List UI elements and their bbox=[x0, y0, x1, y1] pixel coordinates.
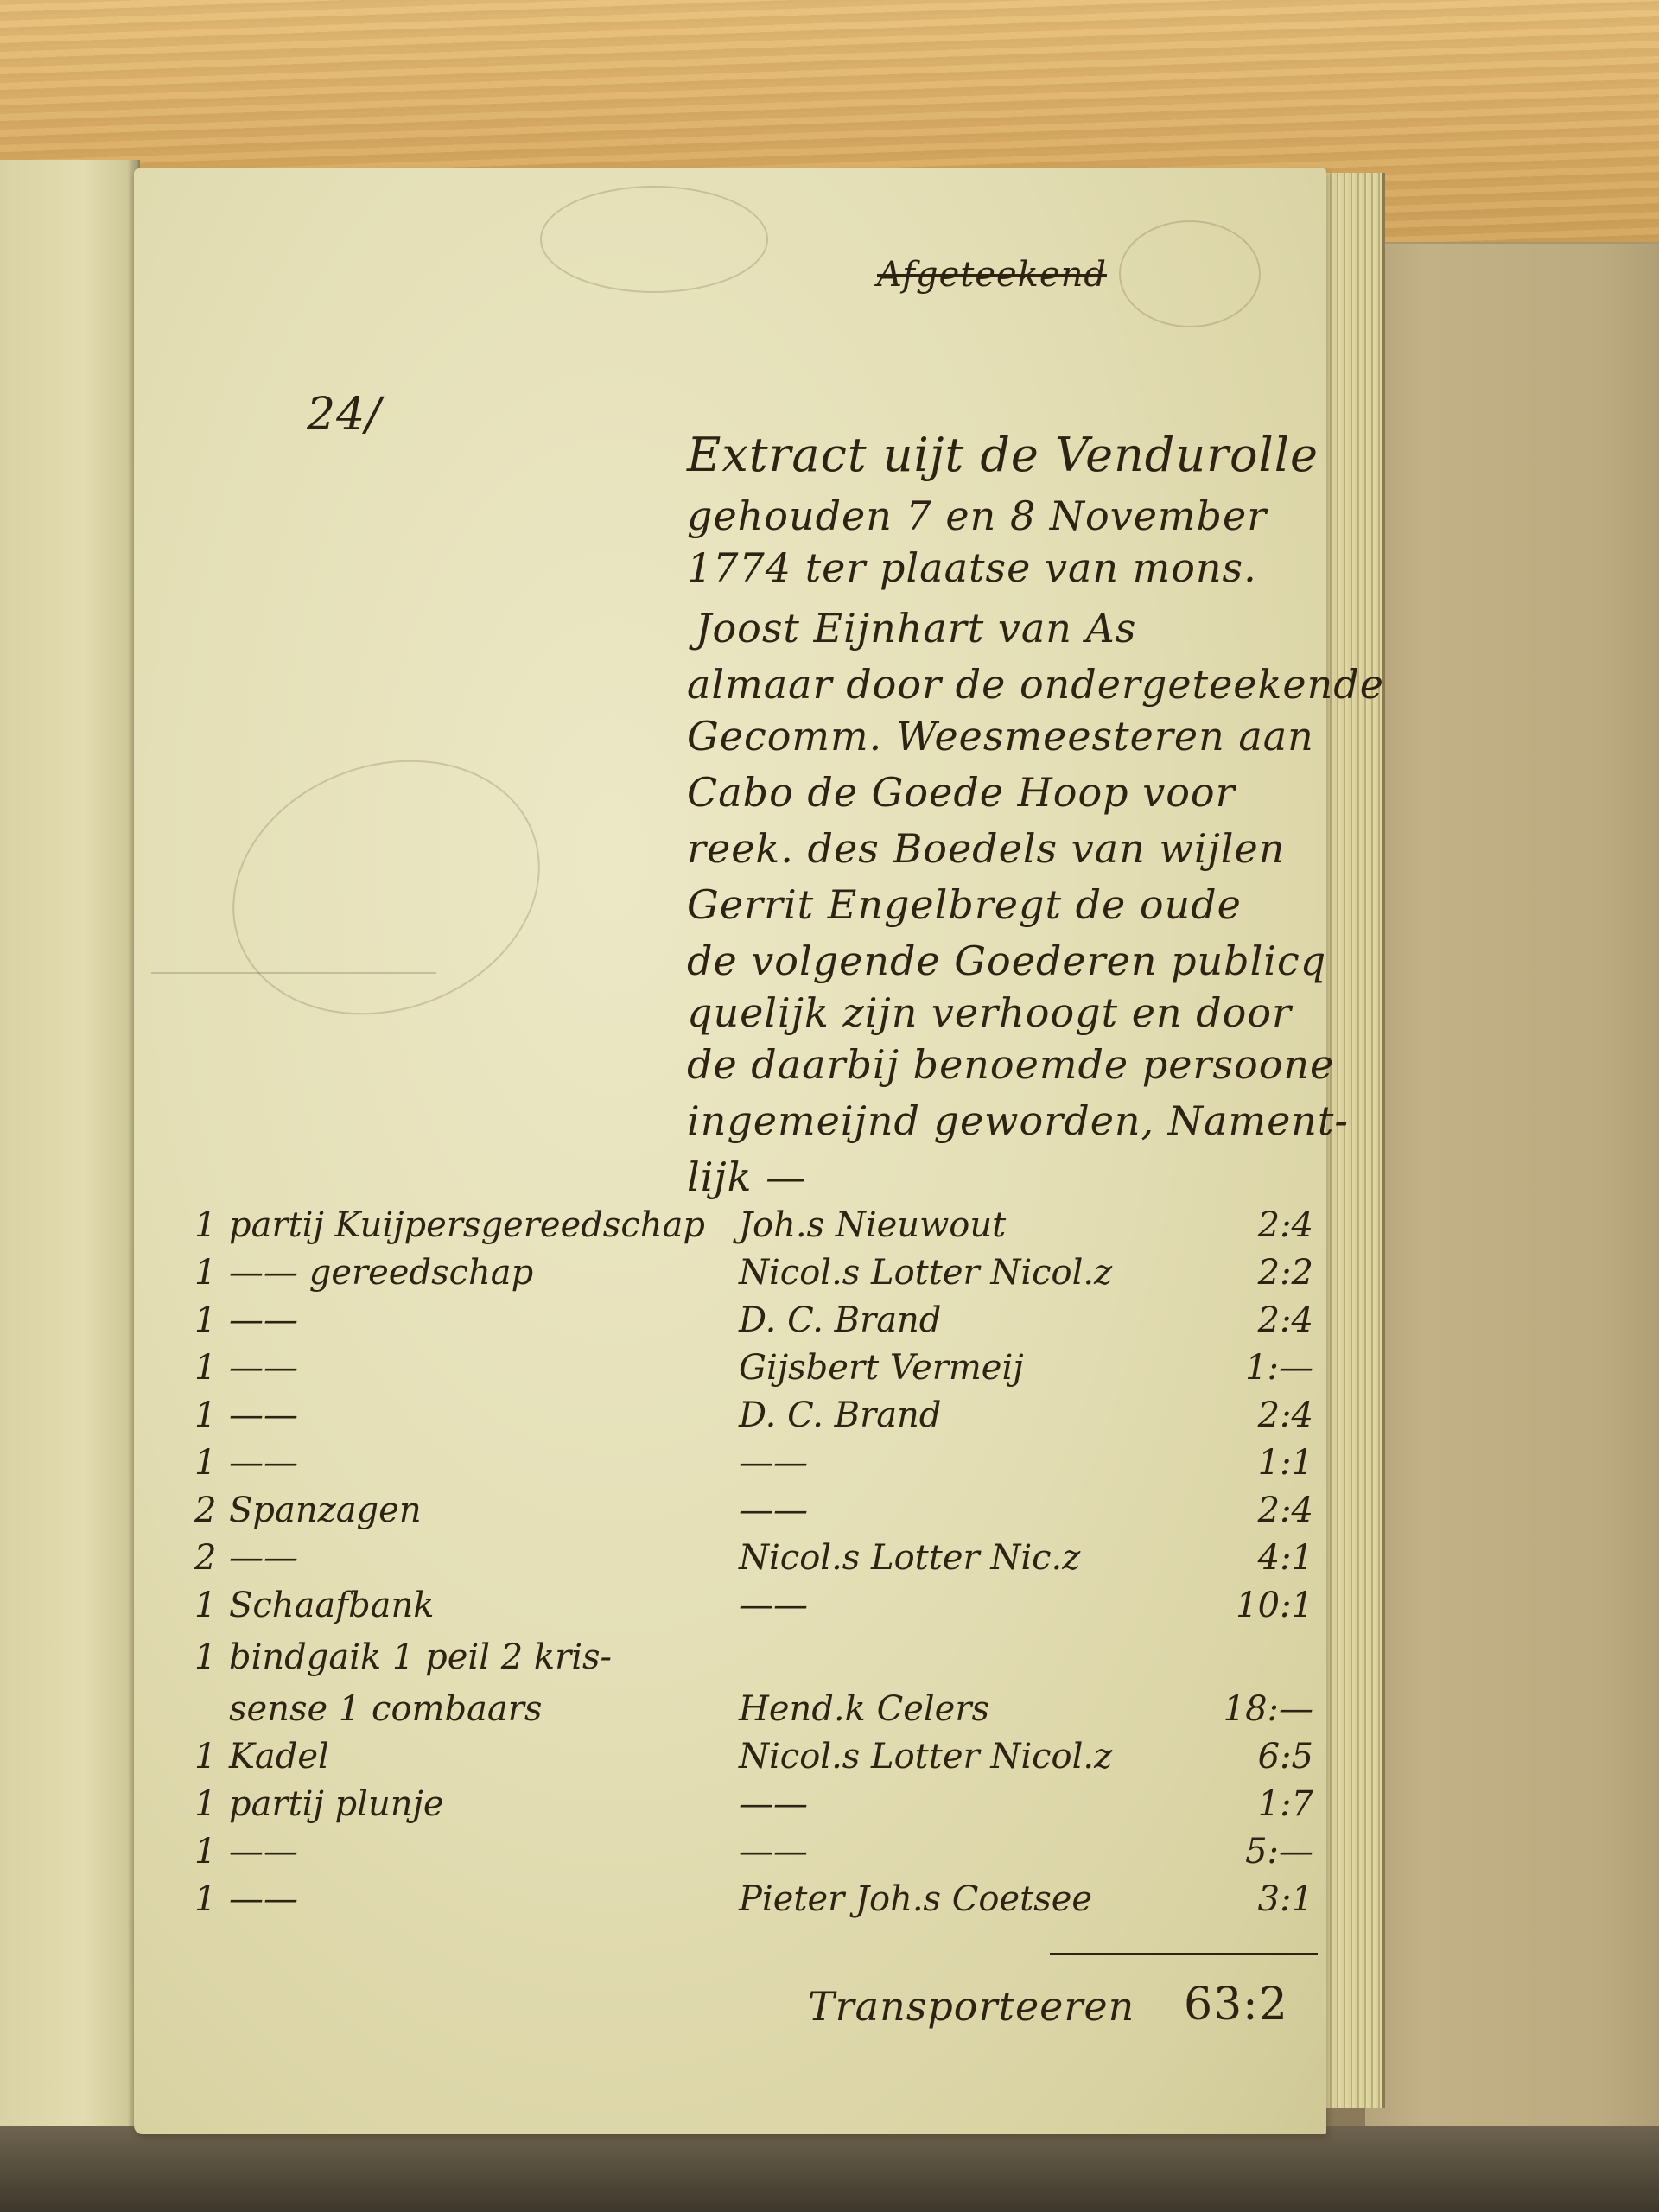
heading-line: lijk — bbox=[687, 1154, 806, 1200]
heading-line: de volgende Goederen publicq bbox=[687, 938, 1326, 984]
entry-row: 1 partij plunje —— 1:7 bbox=[134, 1784, 1326, 1836]
entry-item: —— bbox=[229, 1300, 298, 1340]
entry-buyer: —— bbox=[739, 1784, 808, 1824]
entry-buyer: Nicol.s Lotter Nicol.z bbox=[739, 1737, 1112, 1777]
entry-row: 1 Schaafbank —— 10:1 bbox=[134, 1586, 1326, 1637]
entry-row: 1 —— gereedschap Nicol.s Lotter Nicol.z … bbox=[134, 1253, 1326, 1305]
entry-buyer: —— bbox=[739, 1491, 808, 1530]
entry-item: —— bbox=[229, 1348, 298, 1388]
faint-seal-mark bbox=[1119, 220, 1261, 327]
book-bottom-shadow bbox=[0, 2126, 1659, 2212]
entry-amount: 5:— bbox=[1201, 1832, 1313, 1872]
entry-buyer: Pieter Joh.s Coetsee bbox=[739, 1879, 1092, 1919]
entry-amount: 1:7 bbox=[1201, 1784, 1313, 1824]
entry-buyer: D. C. Brand bbox=[739, 1300, 941, 1340]
entry-qty: 1 bbox=[194, 1253, 216, 1293]
entry-item: partij plunje bbox=[229, 1784, 444, 1824]
entry-amount: 2:4 bbox=[1201, 1491, 1313, 1530]
entry-qty: 1 bbox=[194, 1300, 216, 1340]
heading-line: Gecomm. Weesmeesteren aan bbox=[687, 713, 1314, 760]
entry-item: partij Kuijpersgereedschap bbox=[229, 1205, 705, 1245]
entry-buyer: Gijsbert Vermeij bbox=[739, 1348, 1024, 1388]
entry-qty: 1 bbox=[194, 1395, 216, 1435]
entry-amount: 2:4 bbox=[1201, 1395, 1313, 1435]
entry-row: sense 1 combaars Hend.k Celers 18:— bbox=[134, 1689, 1326, 1741]
heading-line: Cabo de Goede Hoop voor bbox=[687, 769, 1236, 816]
folio-number: 24/ bbox=[307, 389, 382, 441]
entry-amount: 1:— bbox=[1201, 1348, 1313, 1388]
entry-item: —— bbox=[229, 1395, 298, 1435]
entry-qty: 1 bbox=[194, 1879, 216, 1919]
entry-qty: 1 bbox=[194, 1637, 216, 1677]
entry-buyer: Hend.k Celers bbox=[739, 1689, 989, 1729]
faint-signature-mark bbox=[196, 718, 575, 1056]
entry-item: —— bbox=[229, 1879, 298, 1919]
entry-buyer: —— bbox=[739, 1443, 808, 1483]
heading-line: Extract uijt de Vendurolle bbox=[687, 428, 1319, 482]
entry-item: Kadel bbox=[229, 1737, 329, 1777]
total-amount: 63:2 bbox=[1184, 1979, 1288, 2031]
entry-row: 2 Spanzagen —— 2:4 bbox=[134, 1491, 1326, 1542]
entry-row: 2 —— Nicol.s Lotter Nic.z 4:1 bbox=[134, 1538, 1326, 1590]
entry-qty: 1 bbox=[194, 1348, 216, 1388]
entry-item: —— bbox=[229, 1443, 298, 1483]
entry-row: 1 —— Gijsbert Vermeij 1:— bbox=[134, 1348, 1326, 1400]
entry-amount: 18:— bbox=[1201, 1689, 1313, 1729]
book-cover-right bbox=[1365, 242, 1659, 2188]
entry-buyer: Joh.s Nieuwout bbox=[739, 1205, 1006, 1245]
heading-line: gehouden 7 en 8 November bbox=[687, 493, 1267, 539]
entry-row: 1 —— D. C. Brand 2:4 bbox=[134, 1300, 1326, 1352]
document-page: 24/ Afgeteekend Extract uijt de Vendurol… bbox=[134, 168, 1326, 2134]
entry-row: 1 —— Pieter Joh.s Coetsee 3:1 bbox=[134, 1879, 1326, 1931]
entry-row: 1 Kadel Nicol.s Lotter Nicol.z 6:5 bbox=[134, 1737, 1326, 1789]
entry-qty: 2 bbox=[194, 1491, 216, 1530]
heading-line: quelijk zijn verhoogt en door bbox=[687, 989, 1292, 1036]
total-label: Transporteeren bbox=[808, 1983, 1135, 2030]
entry-amount: 2:2 bbox=[1201, 1253, 1313, 1293]
heading-line: reek. des Boedels van wijlen bbox=[687, 825, 1285, 872]
entry-amount: 1:1 bbox=[1201, 1443, 1313, 1483]
faint-rule bbox=[151, 972, 436, 974]
entry-buyer: —— bbox=[739, 1586, 808, 1625]
entry-amount: 6:5 bbox=[1201, 1737, 1313, 1777]
entry-qty: 1 bbox=[194, 1443, 216, 1483]
entry-qty: 1 bbox=[194, 1832, 216, 1872]
entry-row: 1 bindgaik 1 peil 2 kris- bbox=[134, 1637, 1326, 1689]
entry-buyer: Nicol.s Lotter Nicol.z bbox=[739, 1253, 1112, 1293]
faint-seal-mark bbox=[540, 186, 768, 293]
heading-line: Joost Eijnhart van As bbox=[696, 605, 1136, 652]
entry-qty: 1 bbox=[194, 1784, 216, 1824]
total-rule bbox=[1050, 1953, 1318, 1955]
entry-qty: 1 bbox=[194, 1586, 216, 1625]
entry-item: Spanzagen bbox=[229, 1491, 422, 1530]
heading-line: 1774 ter plaatse van mons. bbox=[687, 544, 1257, 591]
entry-qty: 1 bbox=[194, 1737, 216, 1777]
heading-line: almaar door de ondergeteekende bbox=[687, 661, 1384, 708]
entry-buyer: D. C. Brand bbox=[739, 1395, 941, 1435]
entry-item: —— bbox=[229, 1538, 298, 1578]
entry-buyer: Nicol.s Lotter Nic.z bbox=[739, 1538, 1080, 1578]
entry-row: 1 —— —— 5:— bbox=[134, 1832, 1326, 1884]
entry-row: 1 —— —— 1:1 bbox=[134, 1443, 1326, 1495]
heading-line: ingemeijnd geworden, Nament- bbox=[687, 1097, 1349, 1144]
entry-row: 1 —— D. C. Brand 2:4 bbox=[134, 1395, 1326, 1447]
top-annotation: Afgeteekend bbox=[877, 255, 1107, 295]
heading-line: de daarbij benoemde persoone bbox=[687, 1041, 1334, 1088]
entry-amount: 2:4 bbox=[1201, 1205, 1313, 1245]
entry-item: bindgaik 1 peil 2 kris- bbox=[229, 1637, 612, 1677]
entry-amount: 3:1 bbox=[1201, 1879, 1313, 1919]
previous-page-edge bbox=[0, 160, 140, 2139]
entry-item: —— gereedschap bbox=[229, 1253, 533, 1293]
entry-qty: 1 bbox=[194, 1205, 216, 1245]
heading-line: Gerrit Engelbregt de oude bbox=[687, 881, 1242, 928]
entry-item: sense 1 combaars bbox=[229, 1689, 542, 1729]
entry-qty: 2 bbox=[194, 1538, 216, 1578]
entry-item: —— bbox=[229, 1832, 298, 1872]
entry-amount: 2:4 bbox=[1201, 1300, 1313, 1340]
entry-buyer: —— bbox=[739, 1832, 808, 1872]
entry-row: 1 partij Kuijpersgereedschap Joh.s Nieuw… bbox=[134, 1205, 1326, 1257]
entry-amount: 4:1 bbox=[1201, 1538, 1313, 1578]
entry-amount: 10:1 bbox=[1201, 1586, 1313, 1625]
entry-item: Schaafbank bbox=[229, 1586, 435, 1625]
